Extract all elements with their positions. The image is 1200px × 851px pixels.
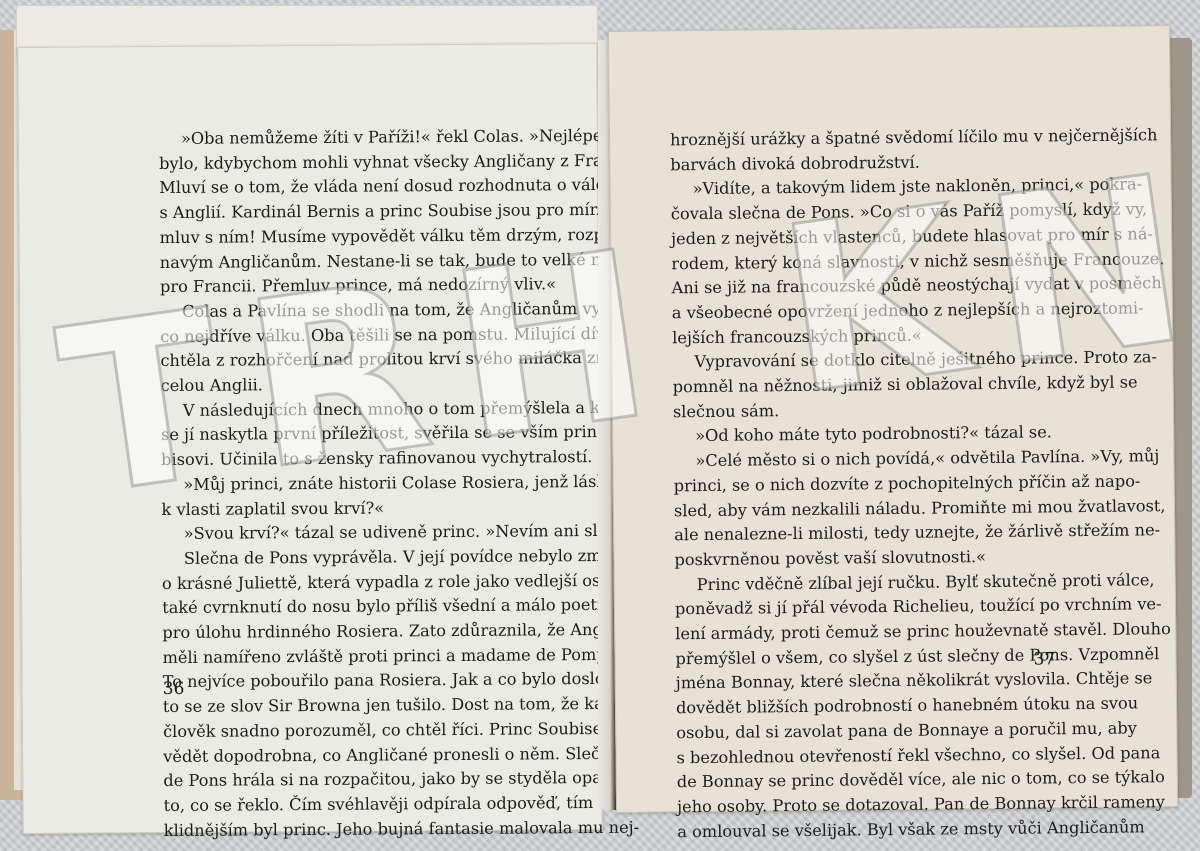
text-line: Slečna de Pons vyprávěla. V její povídce… [162, 544, 562, 571]
text-line: měli namířeno zvláště proti princi a mad… [162, 643, 562, 670]
right-page-text: hroznější urážky a špatné svědomí líčilo… [670, 124, 1077, 845]
text-line: celou Anglii. [161, 371, 561, 398]
left-page-text: »Oba nemůžeme žíti v Paříži!« řekl Colas… [159, 124, 564, 843]
text-line: ale nenalezne-li milosti, tedy uznejte, … [674, 519, 1074, 548]
text-line: se jí naskytla první příležitost, svěřil… [161, 421, 561, 448]
left-page: »Oba nemůžeme žíti v Paříži!« řekl Colas… [17, 43, 602, 834]
text-line: »Oba nemůžeme žíti v Paříži!« řekl Colas… [159, 124, 559, 151]
text-line: »Můj princi, znáte historii Colase Rosie… [161, 470, 561, 497]
right-page: hroznější urážky a špatné svědomí líčilo… [608, 25, 1178, 813]
text-line: a všeobecné opovržení jednoho z nejlepší… [672, 297, 1072, 326]
text-line: »Svou krví?« tázal se udiveně princ. »Ne… [162, 519, 562, 546]
text-line: o krásné Juliettě, která vypadla z role … [162, 569, 562, 596]
text-line: bisovi. Učinila to s žensky rafinovanou … [161, 445, 561, 472]
text-line: k vlasti zaplatil svou krví?« [161, 495, 561, 522]
text-line: hroznější urážky a špatné svědomí líčilo… [670, 124, 1070, 153]
text-line: princi, se o nich dozvíte z pochopitelný… [674, 470, 1074, 499]
text-line: To nejvíce pobouřilo pana Rosiera. Jak a… [163, 668, 563, 695]
text-line: Mluví se o tom, že vláda není dosud rozh… [159, 174, 559, 201]
text-line: navým Angličanům. Nestane-li se tak, bud… [160, 248, 560, 275]
text-line: pro Francii. Přemluv prince, má nedozírn… [160, 272, 560, 299]
text-line: V následujících dnech mnoho o tom přemýš… [161, 396, 561, 423]
text-line: bylo, kdybychom mohli vyhnat všecky Angl… [159, 149, 559, 176]
text-line: klidnějším byl princ. Jeho bujná fantasi… [164, 816, 564, 843]
text-line: člověk snadno porozuměl, co chtěl říci. … [163, 717, 563, 744]
text-line: a omlouval se všelijak. Byl však ze msty… [677, 816, 1077, 845]
text-line: to, co se řeklo. Čím svéhlavěji odpírala… [163, 791, 563, 818]
text-line: jeden z největších vlastenců, budete hla… [671, 223, 1071, 252]
text-line: co nejdříve válku. Oba těšili se na poms… [160, 322, 560, 349]
text-line: také cvrnknutí do nosu bylo příliš všedn… [162, 594, 562, 621]
text-line: to se ze slov Sir Browna jen tušilo. Dos… [163, 692, 563, 719]
text-line: chtěla z rozhořčení nad prolitou krví sv… [160, 347, 560, 374]
page-number-right: 37 [1033, 649, 1055, 669]
text-line: pomněl na něžnosti, jimiž si oblažoval c… [673, 371, 1073, 400]
text-line: Colas a Pavlína se shodli na tom, že Ang… [160, 297, 560, 324]
text-line: de Pons hrála si na rozpačitou, jako by … [163, 767, 563, 794]
text-line: pro úlohu hrdinného Rosiera. Zato zdůraz… [162, 618, 562, 645]
text-line: osobu, dal si zavolat pana de Bonnaye a … [676, 717, 1076, 746]
text-line: mluv s ním! Musíme vypovědět válku těm d… [160, 223, 560, 250]
text-line: s Anglií. Kardinál Bernis a princ Soubis… [159, 198, 559, 225]
text-line: vědět dopodrobna, co Angličané pronesli … [163, 742, 563, 769]
text-line: jeho osoby. Proto se dotazoval. Pan de B… [677, 791, 1077, 820]
page-number-left: 36 [163, 679, 185, 699]
